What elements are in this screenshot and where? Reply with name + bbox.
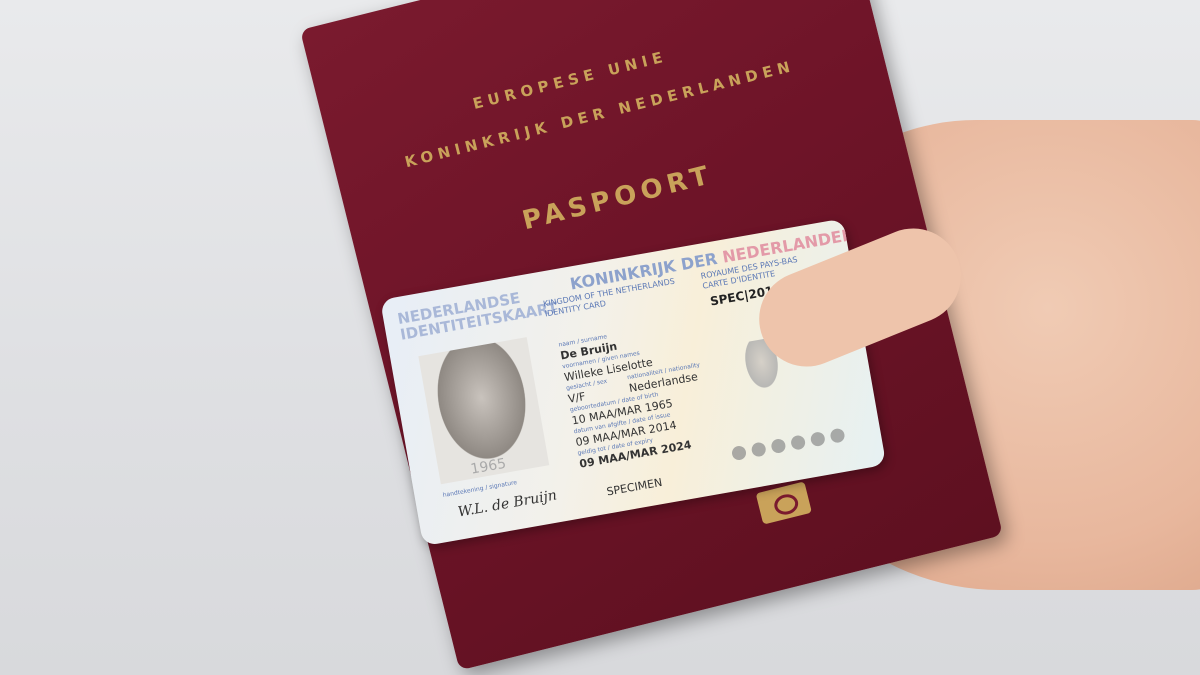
security-dots-icon <box>731 425 852 465</box>
passport-title: PASPOORT <box>519 160 716 236</box>
biometric-chip-icon <box>756 481 812 524</box>
card-title: NEDERLANDSEIDENTITEITSKAART <box>396 284 559 343</box>
specimen-text: SPECIMEN <box>606 476 664 499</box>
